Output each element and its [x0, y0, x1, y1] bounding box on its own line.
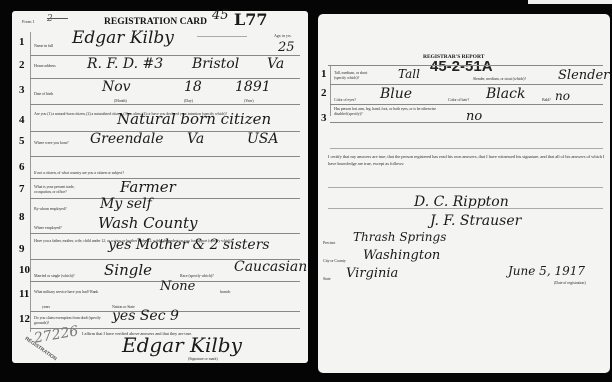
field-number: 10 — [19, 264, 30, 276]
row-divider — [30, 156, 300, 157]
card-title: REGISTRATION CARD — [104, 17, 207, 27]
branch-label: branch — [220, 289, 230, 294]
row-divider — [328, 187, 603, 188]
birth-month-value: Nov — [102, 79, 131, 95]
precinct-label: Precinct — [323, 240, 335, 245]
age-value: 25 — [278, 40, 295, 55]
state-label: State — [323, 276, 331, 281]
where-employed-value: Wash County — [98, 214, 198, 232]
row-divider — [30, 104, 300, 105]
home-city-value: Bristol — [192, 56, 239, 72]
registrant-signature: Edgar Kilby — [122, 333, 242, 357]
field-number: 6 — [19, 161, 25, 173]
bald-label: Bald? — [542, 97, 551, 102]
hair-color-value: Black — [486, 86, 525, 102]
report-code: 45-2-51A — [430, 58, 493, 75]
precinct-value: Thrash Springs — [353, 230, 446, 244]
month-caption: (Month) — [114, 98, 127, 103]
date-of-birth-label: Date of birth — [34, 91, 53, 96]
birth-year-value: 1891 — [235, 79, 271, 95]
race-value: Caucasian — [234, 259, 307, 275]
home-address-label: Home address — [34, 63, 56, 68]
field-number: 4 — [19, 114, 25, 126]
field-number: 8 — [19, 211, 25, 223]
year-caption: (Year) — [244, 98, 253, 103]
hair-color-label: Color of hair? — [448, 97, 469, 102]
field-number: 3 — [321, 112, 327, 124]
where-employed-label: Where employed? — [34, 225, 62, 230]
field-number: 9 — [19, 243, 25, 255]
form-number-value: 2----- — [47, 14, 68, 24]
form-number-label: Form 1 — [22, 19, 35, 24]
field-number: 12 — [19, 313, 30, 325]
name-box — [197, 36, 247, 37]
name-value: Edgar Kilby — [72, 28, 174, 48]
row-divider — [330, 84, 603, 85]
employer-label: By whom employed? — [34, 206, 67, 211]
number-column-divider — [330, 66, 331, 116]
birth-nation-value: USA — [247, 131, 279, 147]
height-value: Tall — [398, 67, 420, 81]
military-rank-value: None — [160, 279, 195, 294]
bald-value: no — [555, 89, 570, 103]
row-divider — [330, 148, 603, 149]
field-number: 2 — [321, 87, 327, 99]
years-label: years — [42, 304, 50, 309]
row-divider — [30, 233, 300, 234]
date-caption: (Date of registration) — [554, 280, 586, 285]
dependents-value: yes Mother & 2 sisters — [108, 237, 270, 253]
day-caption: (Day) — [184, 98, 193, 103]
marital-status-label: Married or single (which)? — [34, 273, 74, 278]
registrars-report-card: REGISTRAR'S REPORT 45-2-51A 1 Tall, medi… — [318, 14, 610, 373]
birth-state-value: Va — [187, 131, 204, 147]
signature-caption: (Signature or mark) — [188, 356, 218, 361]
registration-date: June 5, 1917 — [508, 264, 585, 278]
field-number: 7 — [19, 183, 25, 195]
height-label: Tall, medium, or short (specify which)? — [334, 70, 374, 80]
home-state-value: Va — [267, 56, 284, 72]
age-label: Age, in yrs. — [274, 33, 291, 38]
row-divider — [330, 104, 603, 105]
birth-town-value: Greendale — [90, 131, 164, 147]
birthplace-label: Where were you born? — [34, 140, 69, 145]
occupation-label: What is your present trade, occupation, … — [34, 184, 89, 194]
second-signature: J. F. Strauser — [430, 213, 521, 229]
name-label: Name in full — [34, 43, 53, 48]
home-address-value: R. F. D. #3 — [87, 56, 163, 72]
row-divider — [30, 55, 300, 56]
race-label: Race (specify which)? — [180, 273, 214, 278]
serial-number: L77 — [234, 10, 268, 29]
birth-day-value: 18 — [184, 79, 202, 95]
build-value: Slender — [558, 68, 609, 83]
certification-text: I certify that my answers are true, that… — [328, 154, 606, 167]
county-value: Washington — [363, 248, 440, 263]
county-label: City or County — [323, 258, 346, 263]
foreign-citizenship-label: If not a citizen, of what country are yo… — [34, 170, 124, 175]
field-number: 11 — [19, 288, 29, 300]
disability-label: Has person lost arm, leg, hand, foot, or… — [334, 106, 439, 116]
marital-status-value: Single — [104, 261, 152, 279]
military-service-label: What military service have you had? Rank — [34, 289, 98, 294]
serial-prefix: 45 — [212, 8, 229, 23]
registration-card: Form 1 2----- REGISTRATION CARD 45 L77 1… — [12, 11, 308, 363]
build-label: Slender, medium, or stout (which)? — [473, 76, 526, 81]
field-number: 3 — [19, 84, 25, 96]
row-divider — [328, 208, 603, 209]
exemption-value: yes Sec 9 — [112, 308, 179, 324]
number-column-divider — [30, 32, 31, 332]
employer-value: My self — [100, 196, 152, 212]
state-value: Virginia — [346, 266, 398, 281]
margin-number: 27226 — [33, 323, 80, 346]
field-number: 1 — [19, 36, 25, 48]
row-divider — [30, 198, 300, 199]
eye-color-value: Blue — [380, 86, 412, 102]
field-number: 5 — [19, 135, 25, 147]
adjacent-page-edge — [528, 0, 612, 4]
occupation-value: Farmer — [120, 178, 176, 196]
row-divider — [328, 65, 603, 66]
row-divider — [330, 122, 603, 123]
citizenship-value: Natural born citizen — [117, 110, 271, 128]
field-number: 2 — [19, 59, 25, 71]
field-number: 1 — [321, 68, 327, 80]
eye-color-label: Color of eyes? — [334, 97, 356, 102]
